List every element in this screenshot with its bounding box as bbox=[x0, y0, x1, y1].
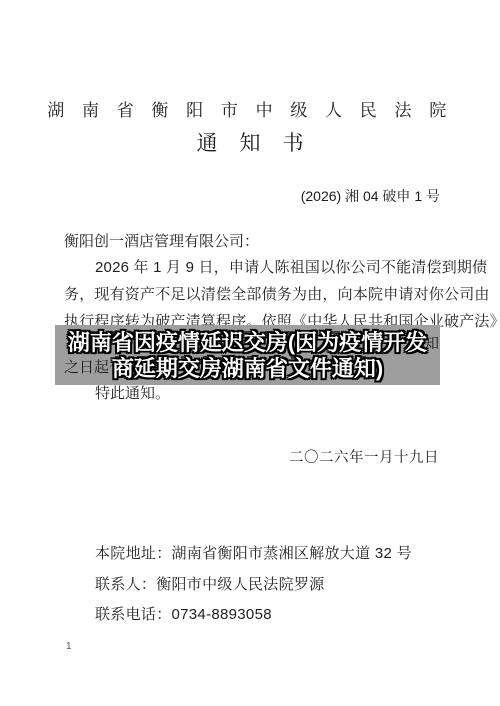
closing-line: 特此通知。 bbox=[95, 382, 170, 403]
contact-person: 联系人：衡阳市中级人民法院罗源 bbox=[95, 573, 412, 594]
document-type-title: 通知书 bbox=[0, 127, 500, 157]
issue-date: 二〇二六年一月十九日 bbox=[289, 446, 439, 467]
contact-address: 本院地址：湖南省衡阳市蒸湘区解放大道 32 号 bbox=[95, 542, 412, 563]
case-number: (2026) 湘 04 破申 1 号 bbox=[301, 186, 440, 206]
watermark-banner: 通知 之日起七 湖南省因疫情延迟交房(因为疫情开发 商延期交房湖南省文件通知) bbox=[55, 325, 440, 385]
notice-document-page: 湖 南 省 衡 阳 市 中 级 人 民 法 院 通知书 (2026) 湘 04 … bbox=[0, 0, 500, 706]
watermark-title-line2: 商延期交房湖南省文件通知) bbox=[55, 352, 440, 383]
body-line: 2026 年 1 月 9 日，申请人陈祖国以你公司不能清偿到期债 bbox=[64, 254, 480, 281]
court-name-heading: 湖 南 省 衡 阳 市 中 级 人 民 法 院 bbox=[0, 96, 500, 121]
page-number: 1 bbox=[66, 641, 72, 652]
body-line: 务，现有资产不足以清偿全部债务为由，向本院申请对你公司由 bbox=[64, 281, 480, 308]
contact-block: 本院地址：湖南省衡阳市蒸湘区解放大道 32 号 联系人：衡阳市中级人民法院罗源 … bbox=[95, 542, 412, 634]
addressee-line: 衡阳创一酒店管理有限公司： bbox=[64, 230, 259, 251]
body-paragraph: 2026 年 1 月 9 日，申请人陈祖国以你公司不能清偿到期债 务，现有资产不… bbox=[64, 254, 480, 335]
contact-phone: 联系电话：0734-8893058 bbox=[95, 603, 412, 624]
